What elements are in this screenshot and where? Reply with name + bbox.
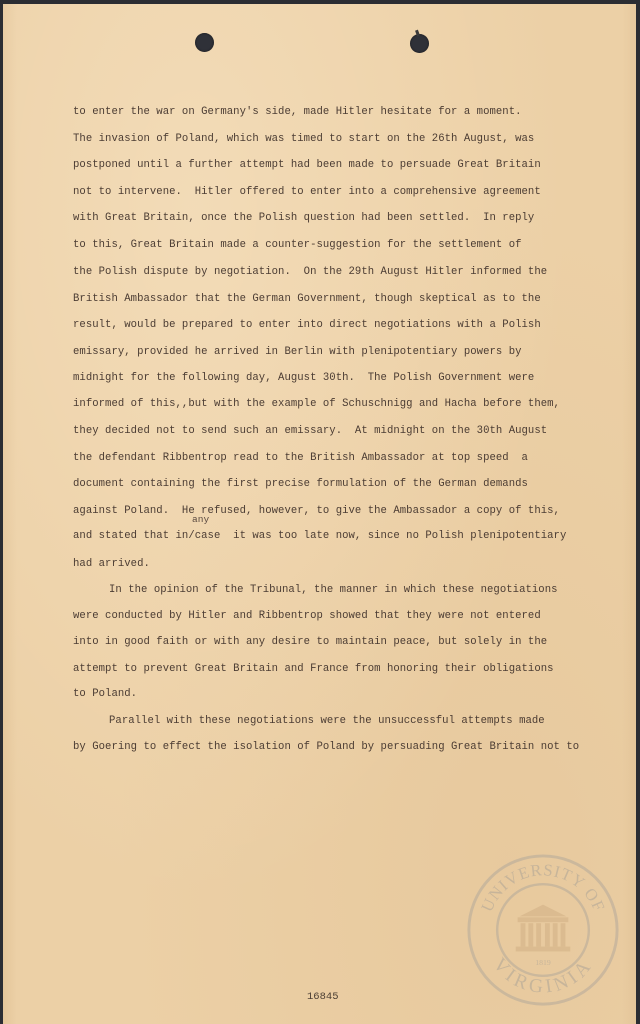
text-line: Parallel with these negotiations were th… [109, 714, 545, 728]
text-line: In the opinion of the Tribunal, the mann… [109, 583, 558, 597]
punch-hole-right [410, 34, 429, 53]
text-line: into in good faith or with any desire to… [73, 635, 547, 649]
text-line: to Poland. [73, 687, 137, 701]
text-line: to enter the war on Germany's side, made… [73, 105, 522, 119]
handwritten-insertion: any [192, 514, 209, 525]
punch-hole-tear [415, 30, 420, 37]
text-line: emissary, provided he arrived in Berlin … [73, 345, 522, 359]
text-line: they decided not to send such an emissar… [73, 424, 547, 438]
text-line: by Goering to effect the isolation of Po… [73, 740, 579, 754]
university-seal-watermark: UNIVERSITY OF VIRGINIA 1819 [465, 852, 621, 1008]
text-line: document containing the first precise fo… [73, 477, 528, 491]
text-line: to this, Great Britain made a counter-su… [73, 238, 522, 252]
text-line: had arrived. [73, 557, 150, 571]
punch-hole-left [195, 33, 214, 52]
document-page: to enter the war on Germany's side, made… [3, 4, 636, 1024]
text-line: and stated that in/case it was too late … [73, 529, 566, 543]
rotunda-icon [516, 905, 571, 952]
page-number: 16845 [307, 991, 339, 1003]
text-line: informed of this,,but with the example o… [73, 397, 560, 411]
text-line: The invasion of Poland, which was timed … [73, 132, 534, 146]
text-line: result, would be prepared to enter into … [73, 318, 541, 332]
text-line: midnight for the following day, August 3… [73, 371, 534, 385]
text-line: the defendant Ribbentrop read to the Bri… [73, 451, 528, 465]
text-line: were conducted by Hitler and Ribbentrop … [73, 609, 541, 623]
seal-year: 1819 [535, 958, 551, 967]
text-line: not to intervene. Hitler offered to ente… [73, 185, 541, 199]
text-line: British Ambassador that the German Gover… [73, 292, 541, 306]
text-line: against Poland. He refused, however, to … [73, 504, 560, 518]
text-line: attempt to prevent Great Britain and Fra… [73, 662, 554, 676]
text-line: postponed until a further attempt had be… [73, 158, 541, 172]
text-line: the Polish dispute by negotiation. On th… [73, 265, 547, 279]
text-line: with Great Britain, once the Polish ques… [73, 211, 534, 225]
